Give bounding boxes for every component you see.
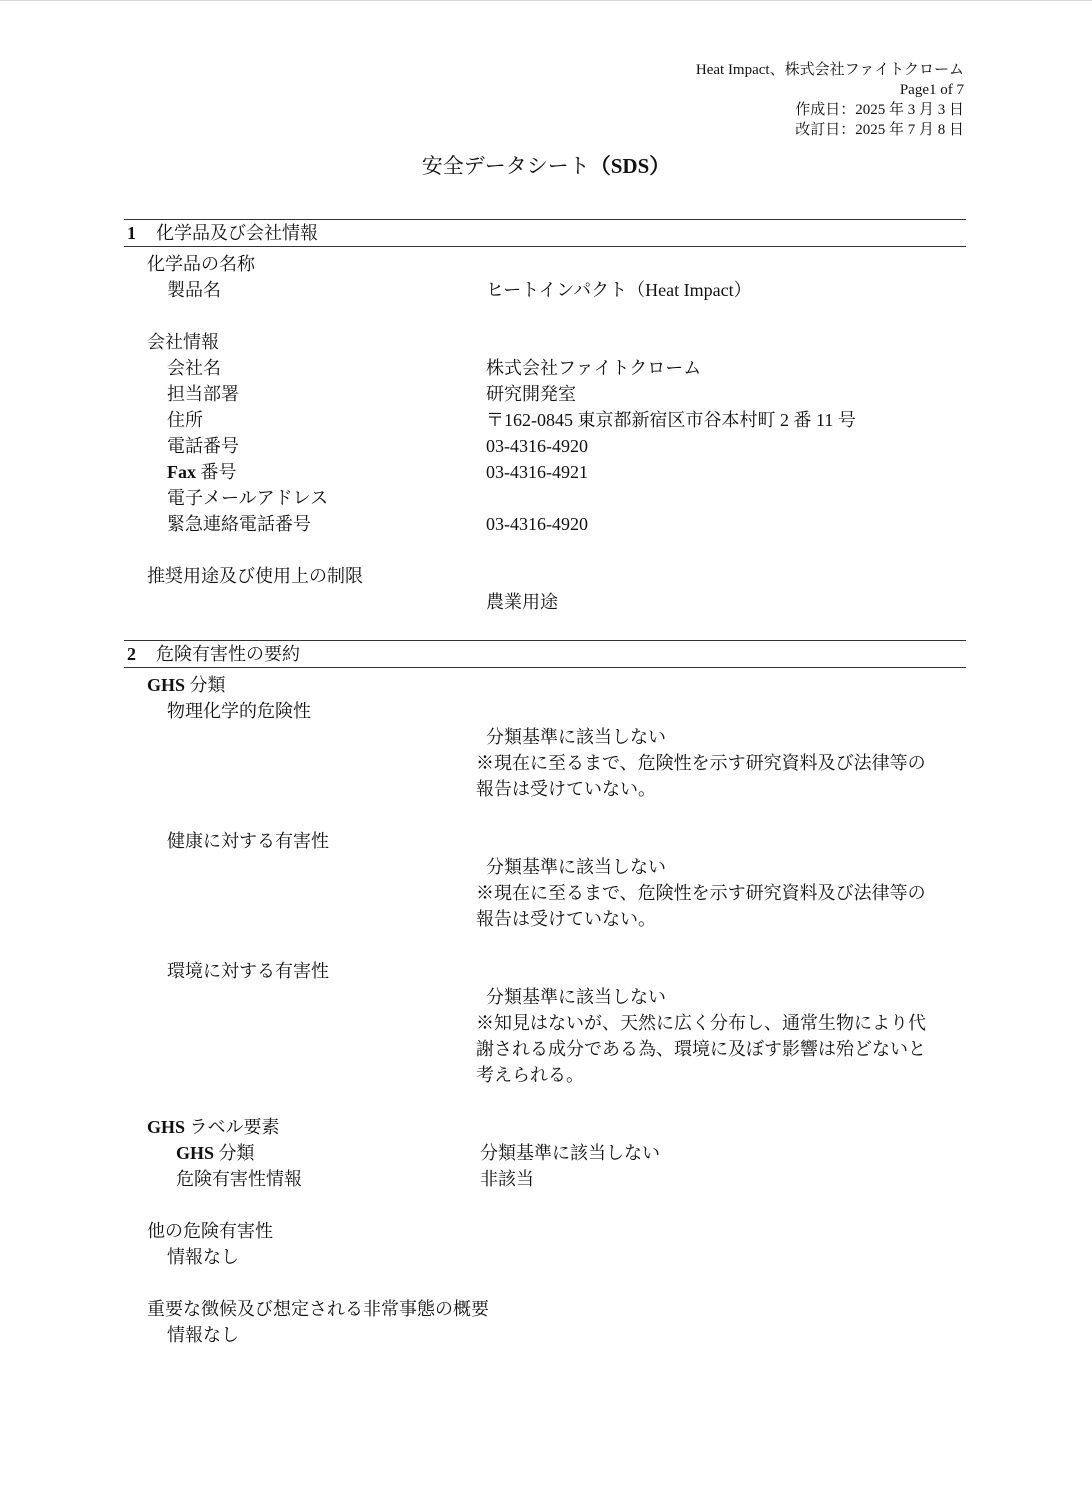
symptoms-value: 情報なし	[167, 1322, 239, 1348]
section-number: 1	[127, 220, 136, 246]
title-main: 安全データシート	[422, 154, 590, 178]
fax-label-rest: 番号	[196, 462, 237, 482]
phone-label: 電話番号	[167, 433, 239, 459]
emergency-phone-value: 03-4316-4920	[486, 511, 588, 537]
env-hazard-note-line1: ※知見はないが、天然に広く分布し、通常生物により代	[476, 1010, 926, 1036]
section-title: 化学品及び会社情報	[156, 220, 318, 246]
other-hazards-heading: 他の危険有害性	[147, 1218, 273, 1244]
header-revised-date: 改訂日：2025 年 7 月 8 日	[696, 120, 964, 140]
department-label: 担当部署	[167, 381, 239, 407]
physchem-hazard-label: 物理化学的危険性	[167, 698, 311, 724]
ghs-bold: GHS	[176, 1143, 214, 1163]
address-value: 〒162-0845 東京都新宿区市谷本村町 2 番 11 号	[486, 407, 856, 433]
address-label: 住所	[167, 407, 203, 433]
ghs-bold: GHS	[147, 1117, 185, 1137]
health-hazard-note-line2: 報告は受けていない。	[476, 906, 656, 932]
label-ghs-class-label: GHS 分類	[176, 1140, 255, 1166]
ghs-label-elements-heading: GHS ラベル要素	[147, 1114, 280, 1140]
company-name-label: 会社名	[167, 355, 221, 381]
hazard-info-label: 危険有害性情報	[176, 1166, 302, 1192]
company-info-heading: 会社情報	[147, 329, 219, 355]
chemical-name-heading: 化学品の名称	[147, 251, 255, 277]
env-hazard-value: 分類基準に該当しない	[486, 984, 666, 1010]
physchem-hazard-value: 分類基準に該当しない	[486, 724, 666, 750]
section-number: 2	[127, 641, 136, 667]
health-hazard-value: 分類基準に該当しない	[486, 854, 666, 880]
health-hazard-label: 健康に対する有害性	[167, 828, 329, 854]
usage-heading: 推奨用途及び使用上の制限	[147, 563, 363, 589]
label-elements-rest: ラベル要素	[185, 1117, 280, 1137]
page-title: 安全データシート（SDS）	[0, 152, 1092, 180]
header-created-date: 作成日：2025 年 3 月 3 日	[696, 100, 964, 120]
physchem-hazard-note-line2: 報告は受けていない。	[476, 776, 656, 802]
section-2-header: 2 危険有害性の要約	[124, 640, 966, 668]
section-1-header: 1 化学品及び会社情報	[124, 219, 966, 247]
email-label: 電子メールアドレス	[167, 485, 328, 511]
header-product-company: Heat Impact、株式会社ファイトクローム	[696, 60, 964, 80]
ghs-bold: GHS	[147, 675, 185, 695]
emergency-phone-label: 緊急連絡電話番号	[167, 511, 311, 537]
title-abbr: （SDS）	[590, 154, 671, 178]
fax-label: Fax 番号	[167, 459, 237, 485]
symptoms-heading: 重要な徴候及び想定される非常事態の概要	[147, 1296, 489, 1322]
fax-value: 03-4316-4921	[486, 459, 588, 485]
env-hazard-note-line2: 謝される成分である為、環境に及ぼす影響は殆どないと	[476, 1036, 926, 1062]
hazard-info-value: 非該当	[480, 1166, 534, 1192]
fax-label-bold: Fax	[167, 462, 196, 482]
phone-value: 03-4316-4920	[486, 433, 588, 459]
product-name-value: ヒートインパクト（Heat Impact）	[486, 277, 752, 303]
department-value: 研究開発室	[486, 381, 576, 407]
physchem-hazard-note-line1: ※現在に至るまで、危険性を示す研究資料及び法律等の	[476, 750, 926, 776]
header-page-number: Page1 of 7	[696, 80, 964, 100]
other-hazards-value: 情報なし	[167, 1244, 239, 1270]
env-hazard-note-line3: 考えられる。	[476, 1062, 584, 1088]
env-hazard-label: 環境に対する有害性	[167, 958, 329, 984]
company-name-value: 株式会社ファイトクローム	[486, 355, 701, 381]
page-border	[0, 0, 1092, 1]
ghs-classification-heading: GHS 分類	[147, 672, 226, 698]
label-ghs-class-rest: 分類	[214, 1143, 255, 1163]
health-hazard-note-line1: ※現在に至るまで、危険性を示す研究資料及び法律等の	[476, 880, 926, 906]
label-ghs-class-value: 分類基準に該当しない	[480, 1140, 660, 1166]
document-header: Heat Impact、株式会社ファイトクローム Page1 of 7 作成日：…	[696, 60, 964, 140]
product-name-label: 製品名	[167, 277, 221, 303]
usage-value: 農業用途	[486, 589, 558, 615]
ghs-heading-rest: 分類	[185, 675, 226, 695]
section-title: 危険有害性の要約	[156, 641, 300, 667]
